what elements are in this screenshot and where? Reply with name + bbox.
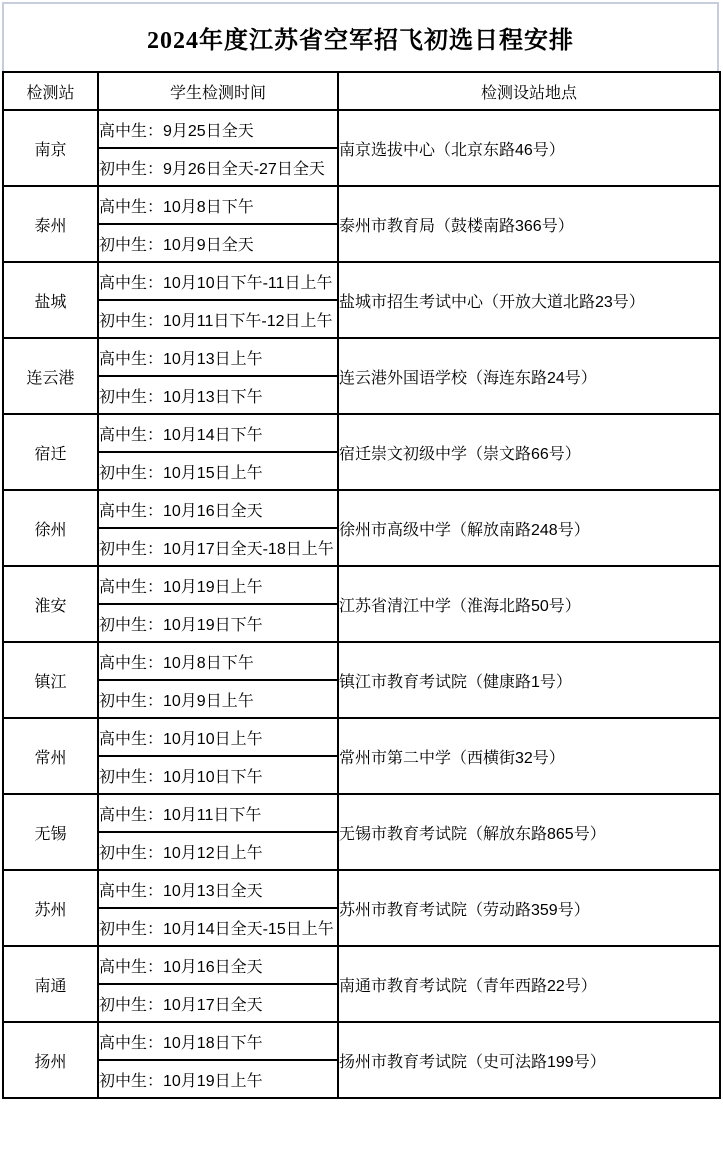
station-cell: 徐州 bbox=[3, 490, 98, 566]
table-row: 扬州 高中生：10月18日下午 扬州市教育考试院（史可法路199号） bbox=[3, 1022, 720, 1060]
time-cell-high: 高中生：10月8日下午 bbox=[98, 642, 338, 680]
schedule-sheet: 2024年度江苏省空军招飞初选日程安排 检测站 学生检测时间 检测设站地点 南京… bbox=[2, 2, 719, 1099]
header-cell-station: 检测站 bbox=[3, 72, 98, 110]
location-cell: 南京选拔中心（北京东路46号） bbox=[338, 110, 720, 186]
time-cell-high: 高中生：10月11日下午 bbox=[98, 794, 338, 832]
header-row: 检测站 学生检测时间 检测设站地点 bbox=[3, 72, 720, 110]
location-cell: 扬州市教育考试院（史可法路199号） bbox=[338, 1022, 720, 1098]
station-cell: 淮安 bbox=[3, 566, 98, 642]
table-row: 宿迁 高中生：10月14日下午 宿迁崇文初级中学（崇文路66号） bbox=[3, 414, 720, 452]
station-cell: 镇江 bbox=[3, 642, 98, 718]
table-row: 镇江 高中生：10月8日下午 镇江市教育考试院（健康路1号） bbox=[3, 642, 720, 680]
time-cell-high: 高中生：10月16日全天 bbox=[98, 490, 338, 528]
time-cell-junior: 初中生：10月17日全天 bbox=[98, 984, 338, 1022]
table-row: 苏州 高中生：10月13日全天 苏州市教育考试院（劳动路359号） bbox=[3, 870, 720, 908]
table-row: 南通 高中生：10月16日全天 南通市教育考试院（青年西路22号） bbox=[3, 946, 720, 984]
time-cell-junior: 初中生：10月9日全天 bbox=[98, 224, 338, 262]
time-cell-junior: 初中生：10月10日下午 bbox=[98, 756, 338, 794]
location-cell: 江苏省清江中学（淮海北路50号） bbox=[338, 566, 720, 642]
time-cell-junior: 初中生：10月19日上午 bbox=[98, 1060, 338, 1098]
station-cell: 扬州 bbox=[3, 1022, 98, 1098]
station-cell: 连云港 bbox=[3, 338, 98, 414]
station-cell: 南京 bbox=[3, 110, 98, 186]
time-cell-high: 高中生：10月19日上午 bbox=[98, 566, 338, 604]
station-cell: 无锡 bbox=[3, 794, 98, 870]
time-cell-junior: 初中生：10月14日全天-15日上午 bbox=[98, 908, 338, 946]
table-row: 淮安 高中生：10月19日上午 江苏省清江中学（淮海北路50号） bbox=[3, 566, 720, 604]
table-row: 泰州 高中生：10月8日下午 泰州市教育局（鼓楼南路366号） bbox=[3, 186, 720, 224]
time-cell-junior: 初中生：10月13日下午 bbox=[98, 376, 338, 414]
time-cell-high: 高中生：10月16日全天 bbox=[98, 946, 338, 984]
time-cell-junior: 初中生：10月19日下午 bbox=[98, 604, 338, 642]
time-cell-high: 高中生：10月14日下午 bbox=[98, 414, 338, 452]
table-row: 徐州 高中生：10月16日全天 徐州市高级中学（解放南路248号） bbox=[3, 490, 720, 528]
title-box: 2024年度江苏省空军招飞初选日程安排 bbox=[2, 2, 719, 71]
station-cell: 泰州 bbox=[3, 186, 98, 262]
time-cell-junior: 初中生：10月15日上午 bbox=[98, 452, 338, 490]
table-body: 南京 高中生：9月25日全天 南京选拔中心（北京东路46号） 初中生：9月26日… bbox=[3, 110, 720, 1098]
page-title: 2024年度江苏省空军招飞初选日程安排 bbox=[147, 20, 574, 55]
time-cell-high: 高中生：10月10日下午-11日上午 bbox=[98, 262, 338, 300]
location-cell: 宿迁崇文初级中学（崇文路66号） bbox=[338, 414, 720, 490]
location-cell: 无锡市教育考试院（解放东路865号） bbox=[338, 794, 720, 870]
table-row: 无锡 高中生：10月11日下午 无锡市教育考试院（解放东路865号） bbox=[3, 794, 720, 832]
time-cell-high: 高中生：10月10日上午 bbox=[98, 718, 338, 756]
table-row: 连云港 高中生：10月13日上午 连云港外国语学校（海连东路24号） bbox=[3, 338, 720, 376]
table-row: 南京 高中生：9月25日全天 南京选拔中心（北京东路46号） bbox=[3, 110, 720, 148]
location-cell: 盐城市招生考试中心（开放大道北路23号） bbox=[338, 262, 720, 338]
time-cell-high: 高中生：9月25日全天 bbox=[98, 110, 338, 148]
station-cell: 常州 bbox=[3, 718, 98, 794]
station-cell: 苏州 bbox=[3, 870, 98, 946]
table-row: 常州 高中生：10月10日上午 常州市第二中学（西横街32号） bbox=[3, 718, 720, 756]
header-cell-time: 学生检测时间 bbox=[98, 72, 338, 110]
time-cell-high: 高中生：10月18日下午 bbox=[98, 1022, 338, 1060]
time-cell-high: 高中生：10月13日上午 bbox=[98, 338, 338, 376]
table-row: 盐城 高中生：10月10日下午-11日上午 盐城市招生考试中心（开放大道北路23… bbox=[3, 262, 720, 300]
location-cell: 镇江市教育考试院（健康路1号） bbox=[338, 642, 720, 718]
time-cell-junior: 初中生：9月26日全天-27日全天 bbox=[98, 148, 338, 186]
station-cell: 南通 bbox=[3, 946, 98, 1022]
time-cell-high: 高中生：10月13日全天 bbox=[98, 870, 338, 908]
location-cell: 苏州市教育考试院（劳动路359号） bbox=[338, 870, 720, 946]
time-cell-junior: 初中生：10月17日全天-18日上午 bbox=[98, 528, 338, 566]
time-cell-junior: 初中生：10月9日上午 bbox=[98, 680, 338, 718]
location-cell: 连云港外国语学校（海连东路24号） bbox=[338, 338, 720, 414]
location-cell: 泰州市教育局（鼓楼南路366号） bbox=[338, 186, 720, 262]
location-cell: 徐州市高级中学（解放南路248号） bbox=[338, 490, 720, 566]
location-cell: 常州市第二中学（西横街32号） bbox=[338, 718, 720, 794]
header-cell-location: 检测设站地点 bbox=[338, 72, 720, 110]
station-cell: 盐城 bbox=[3, 262, 98, 338]
time-cell-junior: 初中生：10月11日下午-12日上午 bbox=[98, 300, 338, 338]
schedule-table: 检测站 学生检测时间 检测设站地点 南京 高中生：9月25日全天 南京选拔中心（… bbox=[2, 71, 721, 1099]
time-cell-junior: 初中生：10月12日上午 bbox=[98, 832, 338, 870]
time-cell-high: 高中生：10月8日下午 bbox=[98, 186, 338, 224]
station-cell: 宿迁 bbox=[3, 414, 98, 490]
location-cell: 南通市教育考试院（青年西路22号） bbox=[338, 946, 720, 1022]
